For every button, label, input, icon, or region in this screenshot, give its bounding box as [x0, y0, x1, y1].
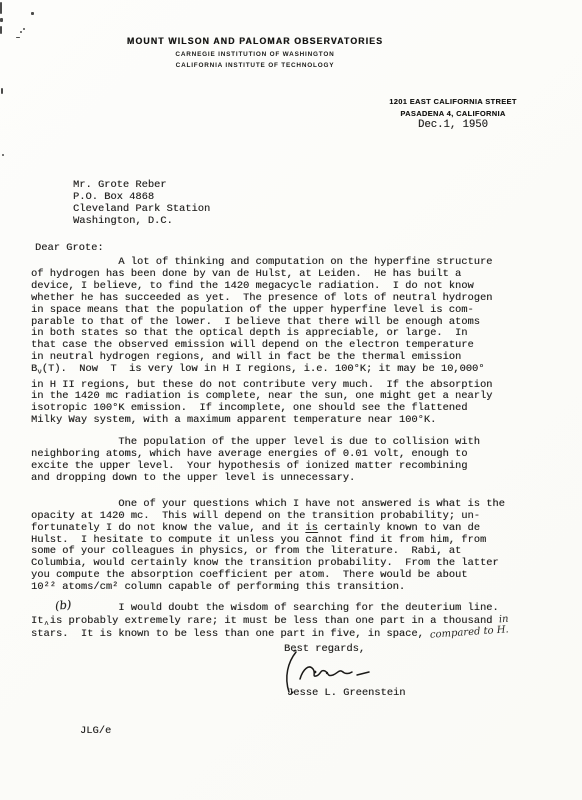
body-paragraph-3: One of your questions which I have not a… [31, 499, 551, 594]
paragraph-4-text-b: stars. It is known to be less than one p… [31, 628, 430, 640]
letterhead-street: 1201 EAST CALIFORNIA STREET [370, 96, 536, 108]
recipient-address: Mr. Grote Reber P.O. Box 4868 Cleveland … [73, 180, 210, 228]
letterhead-institution-2: CALIFORNIA INSTITUTE OF TECHNOLOGY [95, 62, 415, 69]
scan-speck [0, 2, 2, 14]
paragraph-1-text-b: (T). Now T is very low in H I regions, i… [31, 363, 492, 426]
paragraph-1-text-a: A lot of thinking and computation on the… [31, 256, 492, 375]
signed-name: Jesse L. Greenstein [287, 688, 405, 700]
scan-speck [0, 26, 2, 34]
typist-initials: JLG/e [80, 726, 111, 738]
scan-speck [20, 31, 22, 33]
scan-speck [31, 12, 34, 15]
letterhead-title: MOUNT WILSON AND PALOMAR OBSERVATORIES [95, 36, 415, 46]
paragraph-4-text-a: I would doubt the wisdom of searching fo… [31, 602, 499, 627]
letterhead-institution-1: CARNEGIE INSTITUTION OF WASHINGTON [95, 51, 415, 58]
scan-speck [2, 154, 4, 156]
letter-date: Dec.1, 1950 [370, 120, 536, 132]
body-paragraph-4: (b)^ I would doubt the wisdom of searchi… [31, 603, 551, 641]
body-paragraph-2: The population of the upper level is due… [31, 437, 551, 485]
handwritten-margin-note: (b) [54, 599, 71, 613]
scan-speck [23, 28, 25, 30]
scan-speck [16, 37, 20, 38]
scan-speck [1, 88, 3, 94]
insertion-caret: ^ [44, 620, 49, 632]
underlined-word-is: is [305, 522, 317, 534]
letterhead-city: PASADENA 4, CALIFORNIA [370, 108, 536, 120]
letterhead-address: 1201 EAST CALIFORNIA STREET PASADENA 4, … [370, 96, 536, 132]
letter-page: MOUNT WILSON AND PALOMAR OBSERVATORIES C… [0, 0, 582, 800]
letterhead: MOUNT WILSON AND PALOMAR OBSERVATORIES C… [95, 36, 415, 69]
salutation: Dear Grote: [35, 243, 104, 255]
letter-body: A lot of thinking and computation on the… [31, 257, 551, 641]
scan-speck [0, 18, 3, 22]
body-paragraph-1: A lot of thinking and computation on the… [31, 257, 551, 427]
